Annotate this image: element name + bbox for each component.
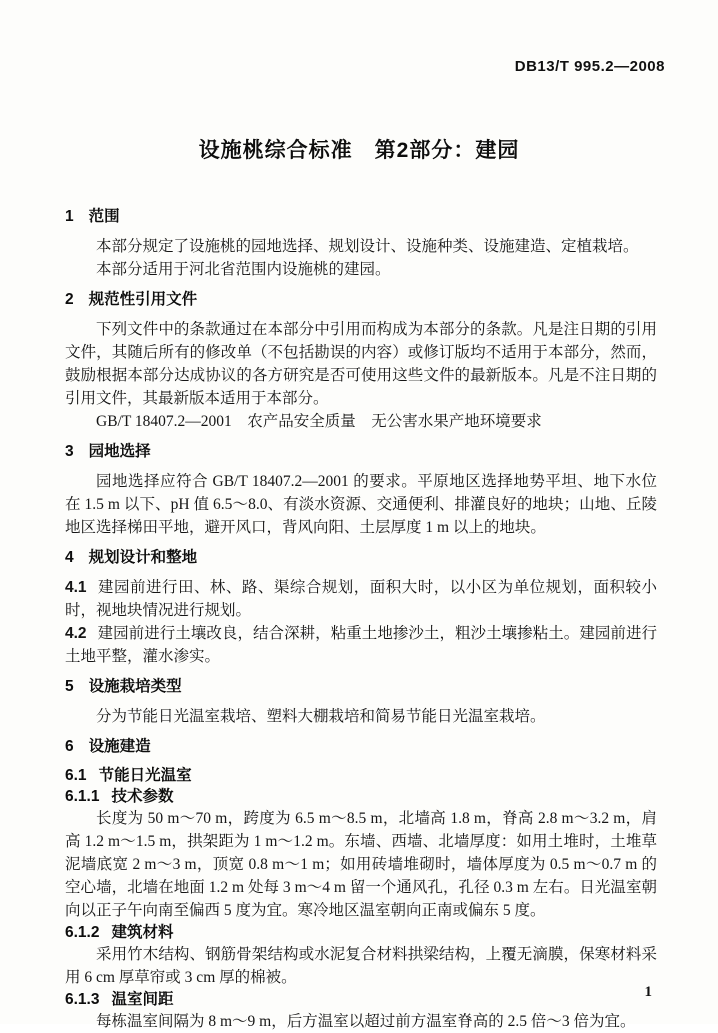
section-heading-4: 4规划设计和整地	[65, 546, 657, 569]
heading-number: 2	[65, 291, 74, 308]
section-heading-6.1: 6.1节能日光温室	[65, 765, 657, 786]
document-title: 设施桃综合标准 第2部分：建园	[0, 134, 718, 164]
paragraph: 长度为 50 m～70 m，跨度为 6.5 m～8.5 m，北墙高 1.8 m，…	[65, 807, 657, 922]
paragraph: 采用竹木结构、钢筋骨架结构或水泥复合材料拱梁结构，上覆无滴膜，保寒材料采用 6 …	[65, 943, 657, 989]
heading-number: 4	[65, 549, 74, 566]
heading-number: 3	[65, 443, 74, 460]
clause-4.2: 4.2建园前进行土壤改良，结合深耕，粘重土地掺沙土，粗沙土壤掺粘土。建园前进行土…	[65, 622, 657, 668]
paragraph: 本部分适用于河北省范围内设施桃的建园。	[65, 258, 657, 281]
paragraph: 每栋温室间隔为 8 m～9 m，后方温室以超过前方温室脊高的 2.5 倍～3 倍…	[65, 1010, 657, 1024]
clause-number: 4.2	[65, 625, 87, 642]
clause-4.1: 4.1建园前进行田、林、路、渠综合规划，面积大时，以小区为单位规划，面积较小时，…	[65, 576, 657, 622]
heading-text: 规划设计和整地	[89, 549, 198, 566]
clause-text: 建园前进行土壤改良，结合深耕，粘重土地掺沙土，粗沙土壤掺粘土。建园前进行土地平整…	[65, 625, 657, 665]
section-heading-5: 5设施栽培类型	[65, 675, 657, 698]
clause-text: 建园前进行田、林、路、渠综合规划，面积大时，以小区为单位规划，面积较小时，视地块…	[65, 579, 657, 619]
section-heading-6: 6设施建造	[65, 735, 657, 758]
section-heading-3: 3园地选择	[65, 440, 657, 463]
paragraph: GB/T 18407.2—2001 农产品安全质量 无公害水果产地环境要求	[65, 410, 657, 433]
paragraph: 分为节能日光温室栽培、塑料大棚栽培和简易节能日光温室栽培。	[65, 705, 657, 728]
heading-number: 1	[65, 208, 74, 225]
heading-text: 设施建造	[89, 738, 151, 755]
section-heading-1: 1范围	[65, 205, 657, 228]
heading-text: 节能日光温室	[99, 767, 192, 784]
heading-number: 6.1	[65, 767, 87, 784]
document-page: DB13/T 995.2—2008 设施桃综合标准 第2部分：建园 1范围本部分…	[0, 0, 718, 1024]
heading-text: 建筑材料	[111, 924, 173, 941]
heading-number: 5	[65, 678, 74, 695]
heading-text: 技术参数	[111, 788, 173, 805]
heading-text: 温室间距	[111, 991, 173, 1008]
heading-text: 范围	[89, 208, 120, 225]
section-heading-6.1.1: 6.1.1技术参数	[65, 786, 657, 807]
paragraph: 下列文件中的条款通过在本部分中引用而构成为本部分的条款。凡是注日期的引用文件，其…	[65, 318, 657, 410]
standard-code: DB13/T 995.2—2008	[515, 58, 665, 75]
section-heading-6.1.3: 6.1.3温室间距	[65, 989, 657, 1010]
document-blocks: 1范围本部分规定了设施桃的园地选择、规划设计、设施种类、设施建造、定植栽培。本部…	[65, 198, 657, 1024]
heading-number: 6.1.1	[65, 788, 99, 805]
clause-number: 4.1	[65, 579, 87, 596]
section-heading-2: 2规范性引用文件	[65, 288, 657, 311]
heading-text: 园地选择	[89, 443, 151, 460]
heading-number: 6.1.2	[65, 924, 99, 941]
paragraph: 本部分规定了设施桃的园地选择、规划设计、设施种类、设施建造、定植栽培。	[65, 235, 657, 258]
heading-text: 设施栽培类型	[89, 678, 182, 695]
heading-text: 规范性引用文件	[89, 291, 198, 308]
page-number: 1	[645, 984, 653, 1001]
paragraph: 园地选择应符合 GB/T 18407.2—2001 的要求。平原地区选择地势平坦…	[65, 470, 657, 539]
heading-number: 6.1.3	[65, 991, 99, 1008]
section-heading-6.1.2: 6.1.2建筑材料	[65, 922, 657, 943]
heading-number: 6	[65, 738, 74, 755]
